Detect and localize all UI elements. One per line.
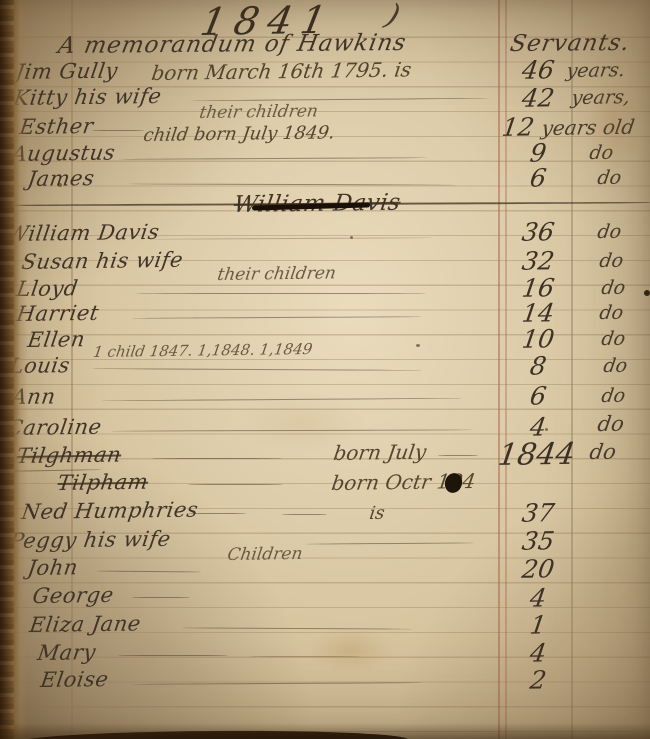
page-title: A memorandum of Hawkins [56,30,409,59]
rule-dash [152,237,432,240]
entry-name: Ned Humphries [20,498,200,524]
rule-dash [132,682,422,685]
entry-value: 10 [500,324,576,354]
page-bottom-edge [18,730,408,739]
entry-mid: child born July 1849. [142,122,336,146]
rule-dash [118,655,228,656]
entry-value: 4 [500,583,576,613]
entry-unit: do [596,221,623,243]
rule-dash [438,455,478,456]
rule-dash [152,458,282,459]
entry-name: Kitty his wife [12,84,163,110]
entry-unit: years, [570,86,631,109]
paper-speck [350,236,353,239]
entry-unit: years. [565,59,626,82]
entry-mid: is [368,503,386,524]
ledger-page: 1841 ) A memorandum of Hawkins Servants.… [0,0,650,739]
entry-name: James [26,166,96,191]
entry-name: William Davis [5,220,161,246]
rule-dash [102,398,462,402]
entry-name: Peggy his wife [8,527,172,553]
section-heading-struck: William Davis [232,190,402,218]
entry-value: 4 [500,638,576,668]
rule-dash [136,293,426,294]
entry-name: Mary [36,640,98,665]
entry-name-struck: Tilghman [15,443,123,468]
rule-dash [92,130,144,131]
rule-dash [128,183,458,186]
entry-name: Eloise [39,667,110,692]
entry-value: 8 [500,351,576,381]
entry-name: Eliza Jane [28,611,143,637]
entry-name-struck: Tilpham [56,470,150,495]
entry-mid: born July [332,440,428,465]
entry-unit: do [602,355,629,377]
entry-value: 42 [500,83,576,113]
entry-value: 1 [500,610,576,640]
entry-name: Augustus [10,141,117,166]
entry-note: 1 child 1847. 1,1848. 1,1849 [92,340,314,361]
rule-dash [188,484,283,485]
entry-unit: do [598,302,625,324]
rule-dash [112,429,472,432]
rule-dash [282,514,327,515]
entry-value: 35 [500,526,576,556]
entry-name: Esther [18,114,95,139]
entry-value: 37 [500,498,576,528]
ink-dot-edge [644,290,650,296]
entry-value: 32 [500,246,576,276]
rule-dash [250,656,360,657]
entry-note: their children [216,263,337,285]
entry-unit: do [588,440,618,464]
stray-pen-mark: ) [381,0,405,33]
entry-unit: do [596,167,623,189]
entry-unit: do [600,385,627,407]
entry-mid: born March 16th 1795. is [150,57,413,85]
entry-name: George [31,583,115,608]
rule-dash [92,368,422,371]
entry-name: Ellen [26,327,87,352]
entry-value: 6 [500,381,576,411]
entry-unit: do [588,142,615,164]
entry-note: Children [226,544,304,565]
entry-unit: years old [540,115,636,140]
page-title-right: Servants. [508,30,632,57]
rule-dash [132,316,422,319]
rule-dash [132,597,190,598]
paper-speck [416,344,420,347]
entry-value: 20 [500,554,576,584]
entry-name: John [26,555,80,580]
entry-name: Jim Gully [14,59,120,84]
entry-name: Susan his wife [20,248,185,274]
entry-value: 1844 [486,437,587,473]
entry-value: 2 [500,665,576,695]
rule-dash [190,98,490,102]
bottom-shadow [0,723,650,739]
rule-dash [118,157,428,160]
entry-name: Harriet [15,301,101,326]
entry-unit: do [598,250,625,272]
entry-name: Louis [8,353,72,378]
paper-stain [308,626,393,674]
rule-dash [182,627,412,630]
entry-unit: do [600,328,627,350]
rule-dash [96,571,201,573]
rule-dash [305,542,475,545]
entry-unit: do [600,277,627,299]
entry-value: 6 [500,163,576,193]
entry-value: 36 [500,217,576,247]
entry-name: Lloyd [15,276,80,301]
entry-name: Ann [10,384,57,409]
entry-note: their children [198,101,319,123]
entry-unit: do [596,412,626,436]
entry-name: Caroline [5,415,103,440]
